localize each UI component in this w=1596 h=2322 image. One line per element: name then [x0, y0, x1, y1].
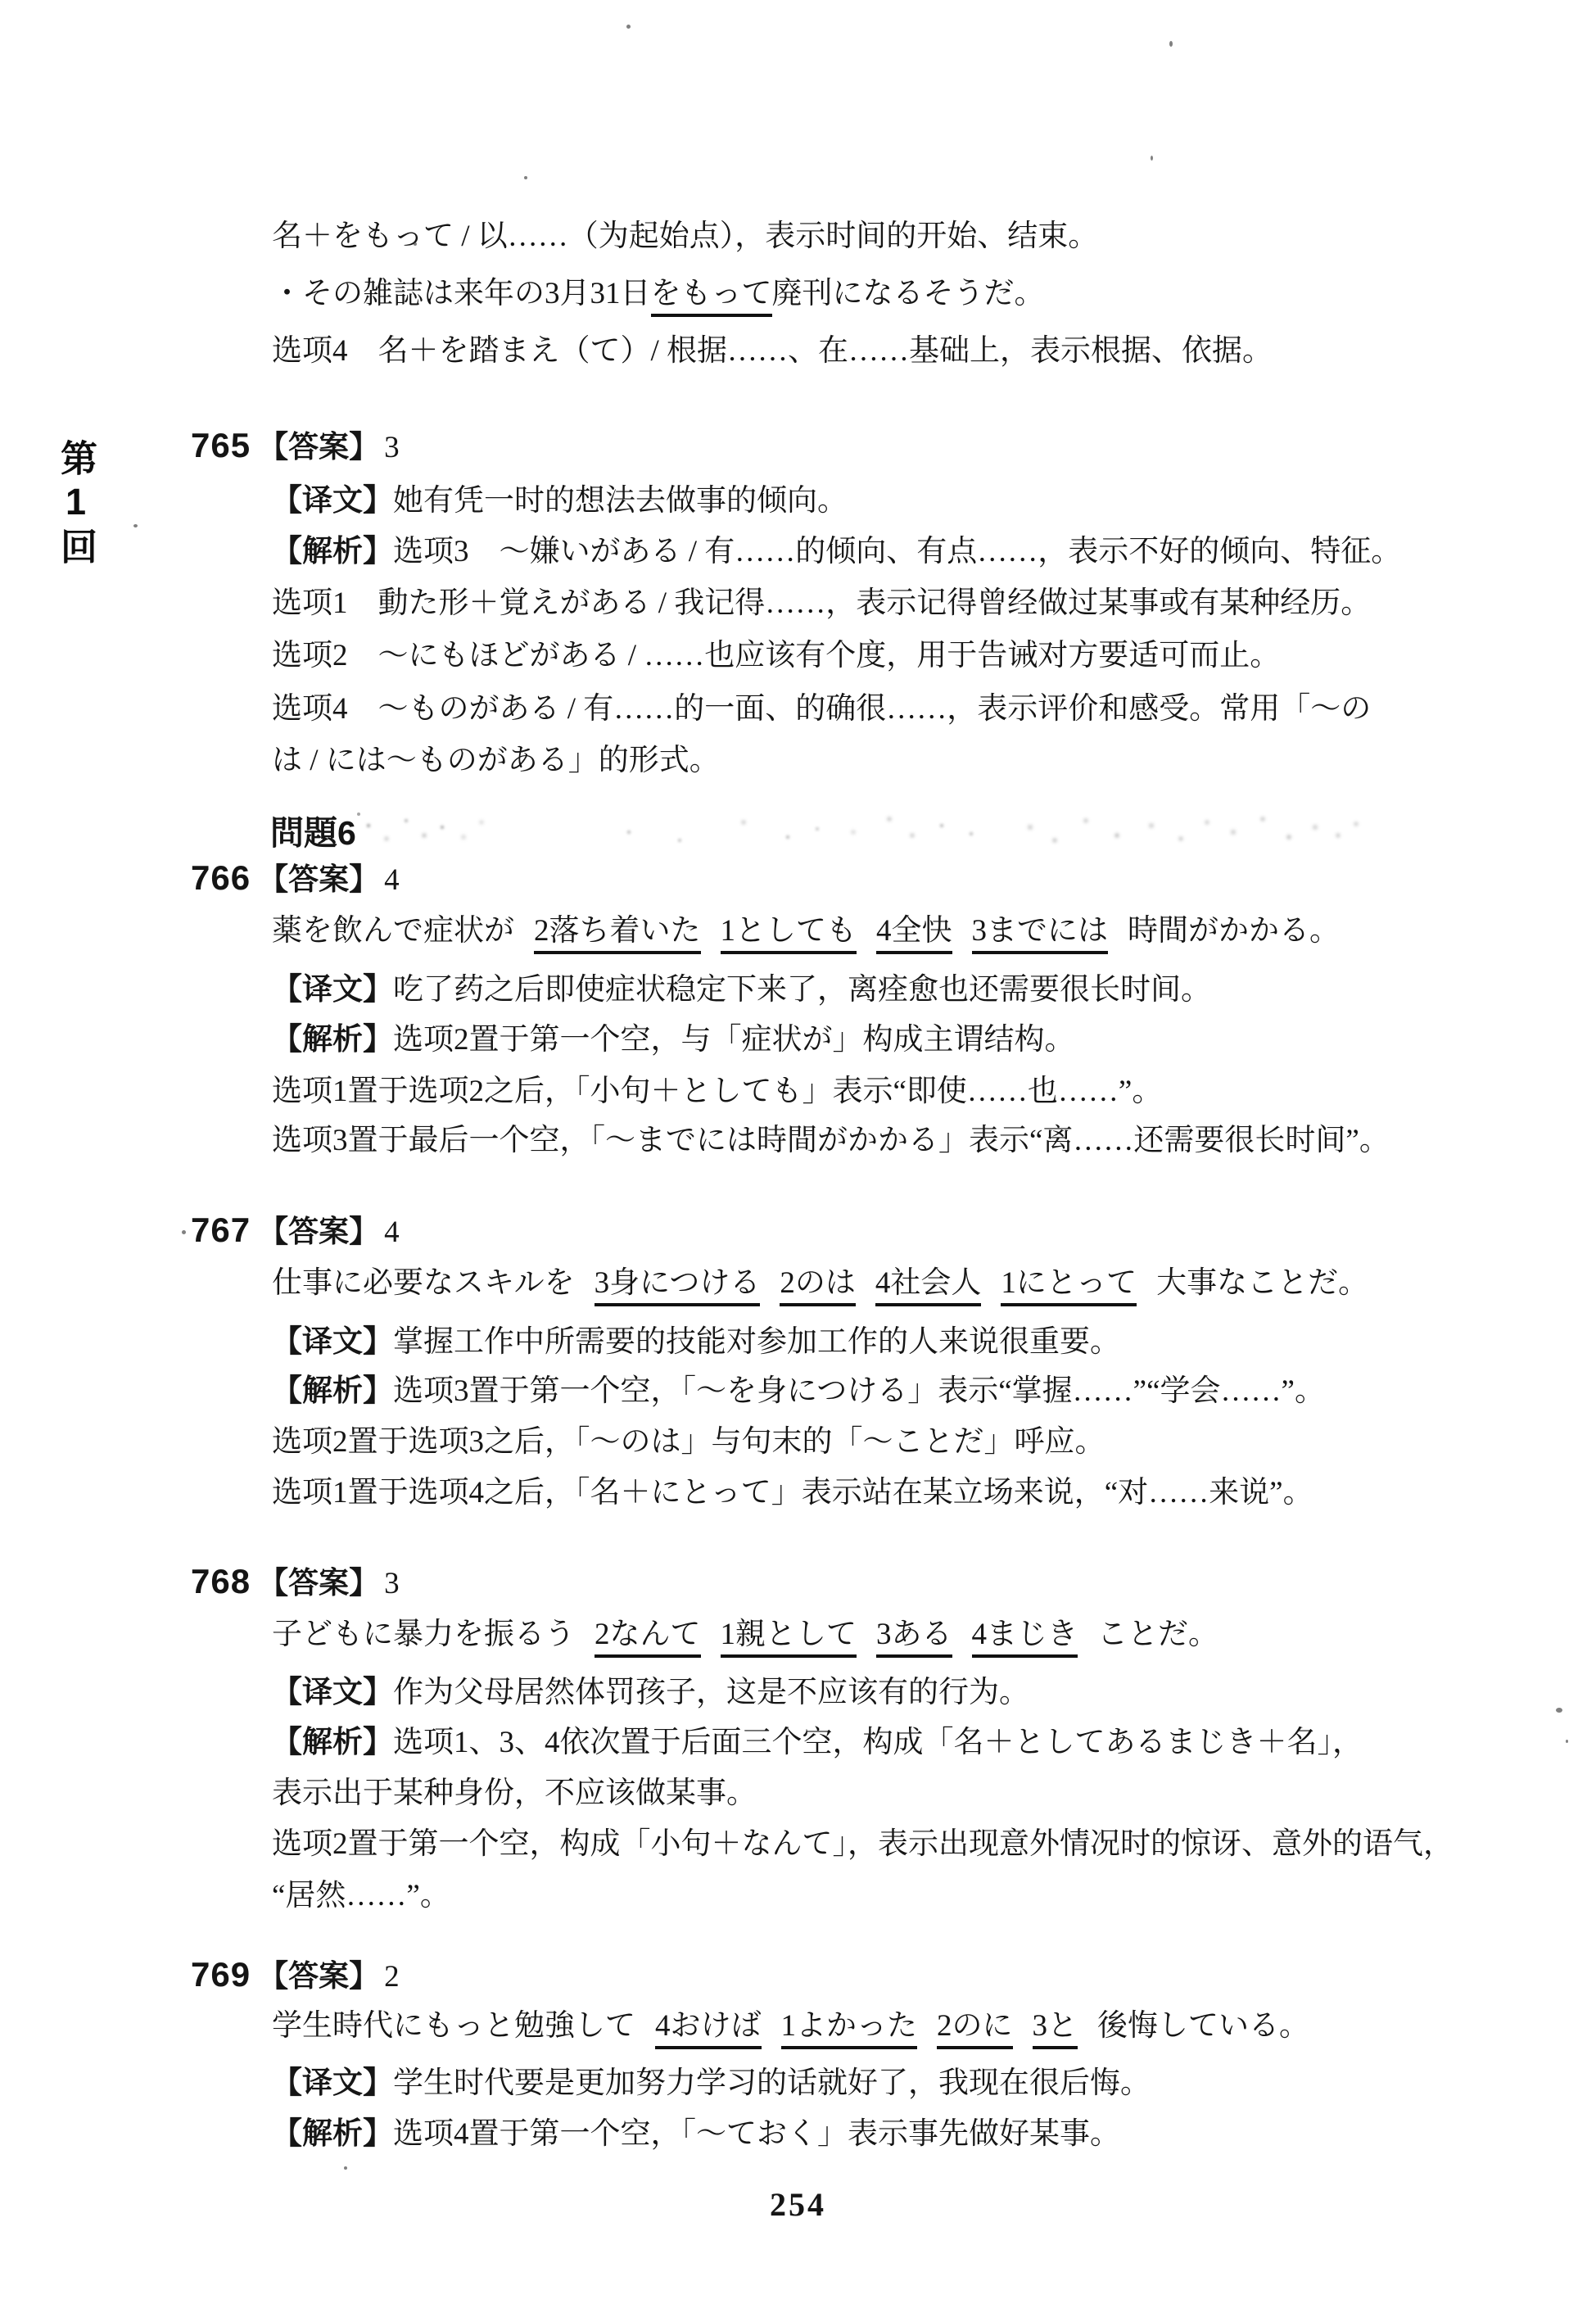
translation-label: 【译文】	[272, 1675, 393, 1709]
underlined-option: 2のに	[937, 2009, 1013, 2049]
grammar-note-line: 选项4 名＋を踏まえ（て）/ 根据……、在……基础上，表示根据、依据。	[272, 332, 1273, 371]
analysis-text: 选项1、3、4依次置于后面三个空，构成「名＋としてあるまじき＋名」，	[393, 1726, 1363, 1759]
underlined-option: 4まじき	[972, 1618, 1078, 1658]
translation-label: 【译文】	[272, 1324, 393, 1358]
scan-speck	[182, 1230, 186, 1234]
analysis-line: 选项1置于选项4之后，「名＋にとって」表示站在某立场来说，“对……来说”。	[272, 1473, 1313, 1513]
section-heading-mondai6: 問題6	[270, 806, 356, 854]
quiz-sentence: 仕事に必要なスキルを3身につける2のは4社会人1にとって大事なことだ。	[272, 1264, 1368, 1303]
analysis-label: 【解析】	[272, 1374, 393, 1407]
analysis-line: 表示出于某种身份，不应该做某事。	[272, 1774, 757, 1813]
sidebar-volume-label: 第1回	[49, 439, 102, 569]
answer-line-768: 768【答案】3	[191, 1562, 400, 1604]
example-underlined-phrase: をもって	[651, 277, 772, 317]
underlined-option: 3と	[1033, 2009, 1078, 2049]
answer-line-766: 766【答案】4	[191, 858, 400, 900]
analysis-line: 选项2置于选项3之后，「～のは」与句末的「～ことだ」呼应。	[272, 1423, 1105, 1462]
answer-line-769: 769【答案】2	[191, 1955, 400, 1997]
translation-label: 【译文】	[272, 2066, 393, 2099]
underlined-option: 4全快	[876, 914, 952, 954]
answer-value: 4	[384, 863, 400, 897]
underlined-option: 1としても	[721, 914, 857, 954]
analysis-line: 【解析】选项3置于第一个空，「～を身につける」表示“掌握……”“学会……”。	[272, 1371, 1325, 1411]
answer-label: 【答案】	[258, 1566, 379, 1600]
scan-speck	[414, 242, 417, 246]
answer-value: 3	[384, 1567, 400, 1600]
underlined-option: 4おけば	[655, 2009, 762, 2049]
underlined-option: 2落ち着いた	[534, 914, 701, 954]
quiz-sentence: 子どもに暴力を振るう2なんて1親として3ある4まじきことだ。	[272, 1615, 1218, 1654]
scan-speck	[1556, 1708, 1562, 1713]
translation-text: 她有凭一时的想法去做事的倾向。	[393, 484, 848, 518]
analysis-text: 选项2置于第一个空，与「症状が」构成主谓结构。	[393, 1023, 1075, 1057]
translation-text: 吃了药之后即使症状稳定下来了，离痊愈也还需要很长时间。	[393, 973, 1211, 1007]
answer-line-765: 765【答案】3	[191, 426, 400, 468]
analysis-text: 选项4置于第一个空，「～ておく」表示事先做好某事。	[393, 2117, 1120, 2151]
question-number: 768	[191, 1562, 251, 1600]
analysis-label: 【解析】	[272, 534, 393, 568]
translation-text: 学生时代要是更加努力学习的话就好了，我现在很后悔。	[393, 2066, 1151, 2100]
scan-speck	[344, 2166, 347, 2170]
answer-value: 4	[384, 1215, 400, 1249]
analysis-line: 【解析】选项2置于第一个空，与「症状が」构成主谓结构。	[272, 1020, 1075, 1060]
analysis-line: 选项2置于第一个空，构成「小句＋なんて」，表示出现意外情况时的惊讶、意外的语气，	[272, 1825, 1454, 1864]
sentence-pre: 学生時代にもっと勉強して	[272, 2009, 635, 2043]
sentence-post: 大事なことだ。	[1156, 1266, 1368, 1300]
question-number: 765	[191, 426, 251, 464]
translation-line: 【译文】作为父母居然体罚孩子，这是不应该有的行为。	[272, 1672, 1029, 1713]
sentence-post: 後悔している。	[1097, 2009, 1309, 2043]
sentence-pre: 仕事に必要なスキルを	[272, 1266, 575, 1300]
underlined-option: 3までには	[972, 914, 1109, 954]
answer-label: 【答案】	[258, 1215, 379, 1248]
question-number: 766	[191, 858, 251, 897]
analysis-line: 【解析】选项3 ～嫌いがある / 有……的倾向、有点……，表示不好的倾向、特征。	[272, 532, 1401, 572]
translation-label: 【译文】	[272, 483, 393, 517]
underlined-option: 2なんて	[595, 1618, 701, 1658]
underlined-option: 1親として	[721, 1618, 857, 1658]
scan-speck	[524, 176, 527, 179]
translation-text: 作为父母居然体罚孩子，这是不应该有的行为。	[393, 1676, 1029, 1709]
underlined-option: 2のは	[780, 1266, 856, 1306]
analysis-line: 选项2 ～にもほどがある / ……也应该有个度，用于告诫对方要适可而止。	[272, 636, 1280, 676]
underlined-option: 3身につける	[595, 1266, 761, 1306]
sentence-post: ことだ。	[1097, 1618, 1218, 1651]
question-number: 769	[191, 1955, 251, 1994]
scan-speck	[1151, 156, 1153, 161]
scan-speck	[1566, 1740, 1568, 1743]
analysis-line: 选项3置于最后一个空，「～までには時間がかかる」表示“离……还需要很长时间”。	[272, 1121, 1390, 1161]
analysis-line: は / には～ものがある」的形式。	[272, 741, 720, 781]
answer-label: 【答案】	[258, 862, 379, 896]
question-number: 767	[191, 1211, 251, 1249]
analysis-line: 【解析】选项1、3、4依次置于后面三个空，构成「名＋としてあるまじき＋名」，	[272, 1722, 1363, 1763]
scan-speck	[626, 25, 631, 29]
answer-line-767: 767【答案】4	[191, 1211, 400, 1252]
example-pre: ・その雑誌は来年の3月31日	[272, 277, 651, 310]
analysis-line: 选项1置于选项2之后，「小句＋としても」表示“即使……也……”。	[272, 1072, 1162, 1111]
illegible-smudge	[357, 812, 360, 816]
translation-line: 【译文】掌握工作中所需要的技能对参加工作的人来说很重要。	[272, 1322, 1120, 1362]
answer-value: 2	[384, 1960, 400, 1994]
answer-label: 【答案】	[258, 430, 379, 464]
scanned-page: 第1回 名＋をもって / 以……（为起始点），表示时间的开始、结束。 ・その雑誌…	[0, 0, 1596, 2322]
scan-speck	[133, 524, 138, 527]
quiz-sentence: 学生時代にもっと勉強して4おけば1よかった2のに3と後悔している。	[272, 2007, 1309, 2046]
translation-line: 【译文】她有凭一时的想法去做事的倾向。	[272, 481, 848, 521]
scan-speck	[1169, 41, 1173, 47]
sentence-pre: 薬を飲んで症状が	[272, 914, 514, 948]
page-number: 254	[770, 2185, 826, 2224]
analysis-label: 【解析】	[272, 1022, 393, 1056]
answer-label: 【答案】	[258, 1959, 379, 1993]
answer-value: 3	[384, 431, 400, 464]
analysis-line: 【解析】选项4置于第一个空，「～ておく」表示事先做好某事。	[272, 2114, 1120, 2154]
analysis-label: 【解析】	[272, 2116, 393, 2150]
underlined-option: 4社会人	[875, 1266, 982, 1306]
translation-text: 掌握工作中所需要的技能对参加工作的人来说很重要。	[393, 1325, 1120, 1359]
underlined-option: 1よかった	[781, 2009, 918, 2049]
analysis-line: 选项4 ～ものがある / 有……的一面、的确很……，表示评价和感受。常用「～の	[272, 690, 1371, 729]
example-post: 廃刊になるそうだ。	[772, 277, 1045, 310]
analysis-line: “居然……”。	[272, 1876, 450, 1916]
grammar-note-line: 名＋をもって / 以……（为起始点），表示时间的开始、结束。	[272, 217, 1098, 256]
translation-label: 【译文】	[272, 972, 393, 1006]
sentence-post: 時間がかかる。	[1128, 914, 1340, 948]
sentence-pre: 子どもに暴力を振るう	[272, 1618, 575, 1651]
quiz-sentence: 薬を飲んで症状が2落ち着いた1としても4全快3までには時間がかかる。	[272, 912, 1340, 951]
analysis-label: 【解析】	[272, 1725, 393, 1758]
underlined-option: 1にとって	[1001, 1266, 1137, 1306]
translation-line: 【译文】学生时代要是更加努力学习的话就好了，我现在很后悔。	[272, 2063, 1151, 2103]
analysis-line: 选项1 動た形＋覚えがある / 我记得……，表示记得曾经做过某事或有某种经历。	[272, 584, 1371, 623]
analysis-text: 选项3 ～嫌いがある / 有……的倾向、有点……，表示不好的倾向、特征。	[393, 535, 1401, 568]
example-sentence: ・その雑誌は来年の3月31日をもって廃刊になるそうだ。	[272, 274, 1045, 314]
analysis-text: 选项3置于第一个空，「～を身につける」表示“掌握……”“学会……”。	[393, 1374, 1325, 1408]
underlined-option: 3ある	[876, 1618, 952, 1658]
translation-line: 【译文】吃了药之后即使症状稳定下来了，离痊愈也还需要很长时间。	[272, 970, 1211, 1010]
